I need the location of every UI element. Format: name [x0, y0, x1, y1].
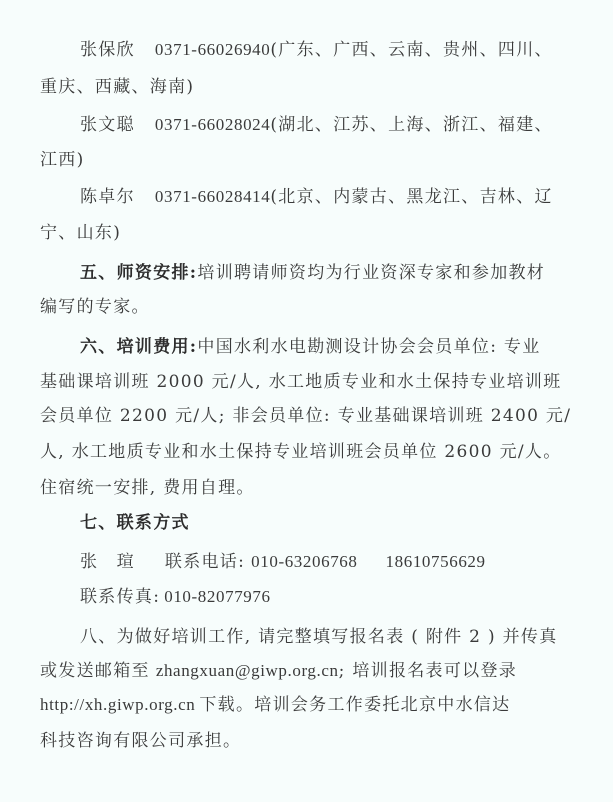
- document-page: 张保欣0371-66026940(广东、广西、云南、贵州、四川、 重庆、西藏、海…: [0, 0, 613, 802]
- section-text: 下载。培训会务工作委托北京中水信达: [199, 695, 510, 715]
- contact-name: 陈卓尔: [80, 187, 135, 207]
- section-registration: 八、为做好培训工作, 请完整填写报名表 ( 附件 2 ) 并传真: [80, 626, 558, 648]
- contact-line: 陈卓尔0371-66028414(北京、内蒙古、黑龙江、吉林、辽: [80, 186, 553, 208]
- section-text: 基础课培训班 2000 元/人, 水工地质专业和水土保持专业培训班: [40, 371, 562, 393]
- section-text: 人, 水工地质专业和水土保持专业培训班会员单位 2600 元/人。: [40, 441, 562, 463]
- contact-phone-line: 张 瑄联系电话:010-6320676818610756629: [80, 551, 486, 573]
- section-teachers: 五、师资安排:培训聘请师资均为行业资深专家和参加教材: [80, 262, 545, 284]
- section-text: 培训聘请师资均为行业资深专家和参加教材: [197, 263, 545, 283]
- contact-regions: (北京、内蒙古、黑龙江、吉林、辽: [270, 187, 552, 207]
- section-text: 编写的专家。: [40, 296, 150, 318]
- email-link[interactable]: zhangxuan@giwp.org.cn: [156, 661, 339, 680]
- fax-label: 联系传真:: [80, 587, 160, 607]
- section-text: 会员单位 2200 元/人; 非会员单位: 专业基础课培训班 2400 元/: [40, 405, 571, 427]
- section-text: 科技咨询有限公司承担。: [40, 730, 241, 752]
- section-text: ; 培训报名表可以登录: [339, 661, 517, 681]
- section-heading: 五、师资安排:: [80, 263, 197, 283]
- contact-phone: 0371-66028024: [155, 115, 270, 134]
- contact-name: 张文聪: [80, 115, 135, 135]
- section-text: 或发送邮箱至zhangxuan@giwp.org.cn; 培训报名表可以登录: [40, 660, 517, 682]
- mobile-number: 18610756629: [386, 552, 486, 571]
- contact-regions-continued: 重庆、西藏、海南): [40, 76, 194, 98]
- contact-line: 张保欣0371-66026940(广东、广西、云南、贵州、四川、: [80, 39, 553, 61]
- contact-name: 张保欣: [80, 40, 135, 60]
- section-heading: 七、联系方式: [80, 512, 190, 534]
- section-text: http://xh.giwp.org.cn下载。培训会务工作委托北京中水信达: [40, 694, 510, 716]
- fax-line: 联系传真:010-82077976: [80, 586, 271, 608]
- contact-name: 张 瑄: [80, 552, 135, 572]
- contact-regions: (湖北、江苏、上海、浙江、福建、: [270, 115, 552, 135]
- contact-phone: 0371-66028414: [155, 187, 270, 206]
- fax-number: 010-82077976: [164, 587, 270, 606]
- contact-regions: (广东、广西、云南、贵州、四川、: [270, 40, 552, 60]
- phone-label: 联系电话:: [165, 552, 245, 572]
- section-text: 中国水利水电勘测设计协会会员单位: 专业: [197, 337, 540, 357]
- section-fees: 六、培训费用:中国水利水电勘测设计协会会员单位: 专业: [80, 336, 541, 358]
- contact-line: 张文聪0371-66028024(湖北、江苏、上海、浙江、福建、: [80, 114, 553, 136]
- contact-regions-continued: 宁、山东): [40, 222, 121, 244]
- section-text: 住宿统一安排, 费用自理。: [40, 477, 255, 499]
- phone-number: 010-63206768: [251, 552, 357, 571]
- section-heading: 六、培训费用:: [80, 337, 197, 357]
- section-text: 或发送邮箱至: [40, 661, 150, 681]
- url-link[interactable]: http://xh.giwp.org.cn: [40, 695, 195, 714]
- contact-regions-continued: 江西): [40, 149, 85, 171]
- contact-phone: 0371-66026940: [155, 40, 270, 59]
